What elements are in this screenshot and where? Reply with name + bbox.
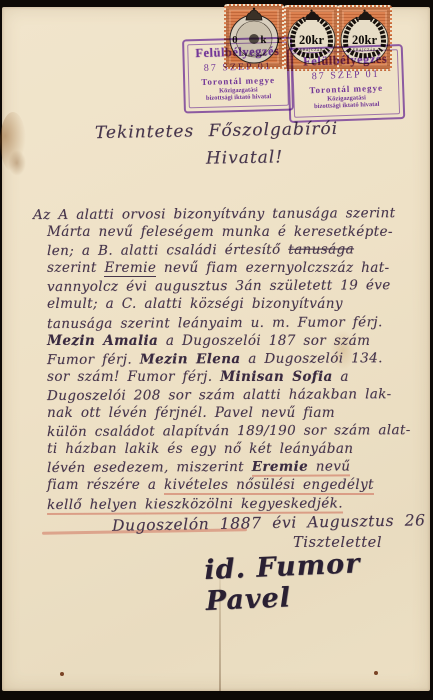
handwritten-line: nak ott lévén férjnél. Pavel nevű fiam xyxy=(47,404,425,422)
rubber-stamp-county: Torontál megye xyxy=(185,75,291,88)
handwritten-line: vannyolcz évi augusztus 3án született 19… xyxy=(47,276,425,296)
handwritten-line: elmult; a C. alatti községi bizonyítvány xyxy=(47,295,425,313)
body-text: Az A alatti orvosi bizonyítvány tanusága… xyxy=(33,205,425,513)
handwritten-line: fiam részére a kivételes nősülési engedé… xyxy=(47,476,425,494)
registry-rubber-stamp: Felülbélyegzés 87 SZEP 01 Torontál megye… xyxy=(182,37,294,114)
rubber-stamp-office-2: bizottsági iktató hivatal xyxy=(186,93,292,103)
handwritten-line: Dugoszelói 208 sor szám alatti házakban … xyxy=(47,385,425,405)
handwritten-line: Mezin Amalia a Dugoszelói 187 sor szám xyxy=(47,332,425,350)
rubber-stamp-office-1: Közigazgatási xyxy=(290,93,402,104)
handwritten-line: kellő helyen kieszközölni kegyeskedjék. xyxy=(47,494,425,514)
handwritten-line: tanusága szerint leányaim u. m. Fumor fé… xyxy=(47,313,425,333)
handwritten-line: külön családot alapítván 189/190 sor szá… xyxy=(47,421,425,441)
stamp-value: 20kr xyxy=(299,33,324,47)
handwritten-line: sor szám! Fumor férj. Minisan Sofia a xyxy=(47,368,425,386)
handwritten-line: lévén esedezem, miszerint Eremie nevű xyxy=(47,457,425,477)
handwritten-line: Fumor férj. Mezin Elena a Dugoszelói 134… xyxy=(47,349,425,369)
handwritten-line: Az A alatti orvosi bizonyítvány tanusága… xyxy=(33,204,425,224)
rubber-stamp-date: 87 SZEP 01 xyxy=(290,68,402,83)
handwritten-line: Márta nevű feleségem munka é keresetképt… xyxy=(47,223,425,241)
registry-rubber-stamp: Felülbélyegzés 87 SZEP 01 Torontál megye… xyxy=(287,44,406,123)
rubber-stamp-title: Felülbélyegzés xyxy=(289,51,401,70)
signature: id. Fumor Pavel xyxy=(204,545,433,617)
handwritten-line: szerint Eremie nevű fiam ezernyolczszáz … xyxy=(47,259,425,277)
rubber-stamp-title: Felülbélyegzés xyxy=(184,44,290,62)
rubber-stamp-office-1: Közigazgatási xyxy=(185,86,291,96)
handwritten-line: len; a B. alatti családi értesítő tanusá… xyxy=(47,240,425,260)
photographed-document: 10 kr KRAJCZÁR 20kr KRAJCZÁR 20kr KRAJCZ… xyxy=(0,0,433,700)
rubber-stamp-county: Torontál megye xyxy=(290,82,402,96)
handwritten-line: ti házban lakik és egy nő két leányában xyxy=(47,440,425,458)
rubber-stamp-date: 87 SZEP 01 xyxy=(185,61,291,75)
rubber-stamp-office-2: bizottsági iktató hivatal xyxy=(291,100,403,111)
